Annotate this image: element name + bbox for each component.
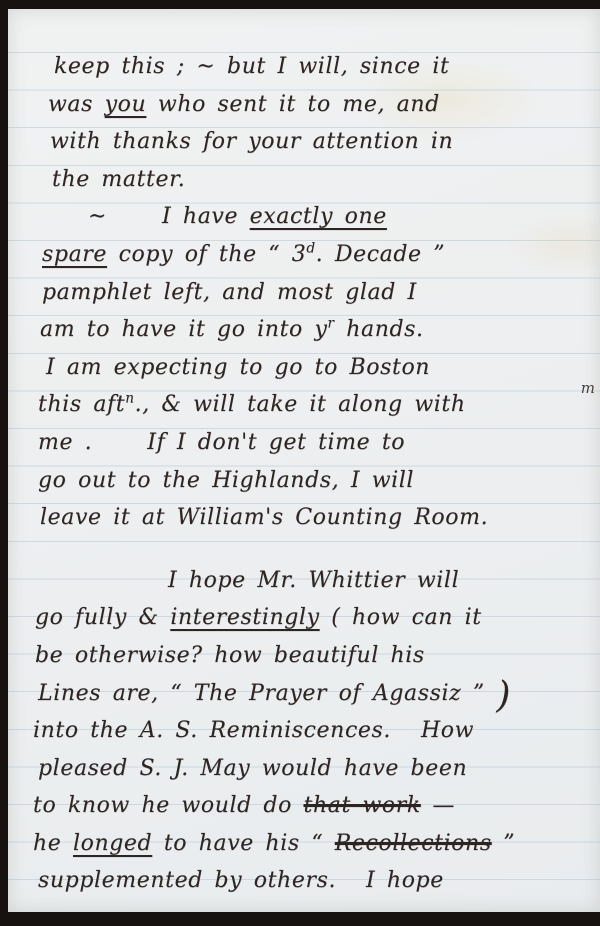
handwriting-segment: was bbox=[48, 92, 105, 117]
handwriting-segment: ( how can it bbox=[320, 605, 482, 630]
handwriting-segment: go out to the Highlands, I will bbox=[38, 468, 414, 493]
handwritten-line: I hope Mr. Whittier will bbox=[8, 562, 600, 600]
handwriting-segment: leave it at William's Counting Room. bbox=[40, 505, 488, 530]
handwriting-segment: you bbox=[105, 92, 147, 117]
handwritten-line: was you who sent it to me, and bbox=[8, 86, 600, 124]
handwritten-line: the matter. bbox=[8, 161, 600, 199]
handwriting-segment: d bbox=[306, 241, 315, 257]
handwriting-segment: go fully & bbox=[35, 605, 170, 630]
margin-note: m bbox=[581, 379, 595, 397]
handwritten-line: go fully & interestingly ( how can it bbox=[8, 599, 600, 637]
handwriting-segment: with thanks for your attention in bbox=[50, 129, 453, 154]
handwriting-segment: spare bbox=[42, 242, 107, 267]
handwriting-segment: to know he would do bbox=[33, 793, 304, 818]
letter-page: keep this ; ~ but I will, since itwas yo… bbox=[8, 9, 600, 912]
handwriting-segment: ) bbox=[496, 675, 511, 716]
handwriting-segment: interestingly bbox=[170, 605, 319, 630]
handwriting-segment: ~ bbox=[88, 204, 107, 229]
handwriting-segment: I hope bbox=[366, 868, 444, 893]
handwriting-segment: longed bbox=[73, 831, 152, 856]
handwriting-segment: ., & will take it along with bbox=[135, 392, 466, 417]
handwritten-line: go out to the Highlands, I will bbox=[8, 462, 600, 500]
handwriting-segment: — bbox=[421, 793, 455, 818]
handwritten-line: me .If I don't get time to bbox=[8, 424, 600, 462]
letter-body: keep this ; ~ but I will, since itwas yo… bbox=[8, 48, 600, 900]
handwriting-segment: he bbox=[33, 831, 73, 856]
handwritten-line: pleased S. J. May would have been bbox=[8, 750, 600, 788]
handwriting-segment: How bbox=[421, 718, 474, 743]
handwriting-segment: pleased S. J. May would have been bbox=[38, 756, 467, 781]
handwriting-segment: Lines are, “ The Prayer of Agassiz ” bbox=[38, 681, 496, 706]
handwriting-segment: . Decade ” bbox=[316, 242, 445, 267]
handwriting-segment: exactly one bbox=[250, 204, 387, 229]
handwriting-segment: be otherwise? how beautiful his bbox=[35, 643, 425, 668]
handwriting-segment: this aft bbox=[38, 392, 125, 417]
handwriting-segment: ” bbox=[492, 831, 515, 856]
handwriting-segment: to have his “ bbox=[152, 831, 335, 856]
handwritten-line: supplemented by others.I hope bbox=[8, 862, 600, 900]
handwritten-line: am to have it go into yr hands. bbox=[8, 311, 600, 349]
handwriting-segment: pamphlet left, and most glad I bbox=[42, 280, 417, 305]
handwritten-line: keep this ; ~ but I will, since it bbox=[8, 48, 600, 86]
handwritten-line: pamphlet left, and most glad I bbox=[8, 274, 600, 312]
scan-background: keep this ; ~ but I will, since itwas yo… bbox=[0, 0, 600, 926]
handwritten-line: to know he would do that work — bbox=[8, 787, 600, 825]
handwriting-segment: keep this ; ~ but I will, since it bbox=[54, 54, 449, 79]
handwriting-segment: hands. bbox=[335, 317, 424, 342]
handwritten-line: this aftn., & will take it along with bbox=[8, 386, 600, 424]
handwriting-segment: Recollections bbox=[335, 831, 492, 856]
handwriting-segment: who sent it to me, and bbox=[146, 92, 440, 117]
handwritten-line: ~I have exactly one bbox=[8, 198, 600, 236]
handwriting-segment: copy of the “ 3 bbox=[107, 242, 306, 267]
handwriting-segment: supplemented by others. bbox=[38, 868, 336, 893]
handwritten-line: I am expecting to go to Boston bbox=[8, 349, 600, 387]
handwriting-segment: I am expecting to go to Boston bbox=[46, 355, 430, 380]
handwriting-segment: that work bbox=[304, 793, 421, 818]
handwriting-segment: me . bbox=[38, 430, 92, 455]
handwriting-segment: n bbox=[125, 391, 134, 407]
handwritten-line: he longed to have his “ Recollections ” bbox=[8, 825, 600, 863]
handwriting-segment: r bbox=[327, 316, 334, 332]
handwritten-line: be otherwise? how beautiful his bbox=[8, 637, 600, 675]
handwriting-segment: into the A. S. Reminiscences. bbox=[33, 718, 391, 743]
handwriting-segment: If I don't get time to bbox=[147, 430, 405, 455]
handwriting-segment: I have bbox=[162, 204, 250, 229]
handwritten-line: Lines are, “ The Prayer of Agassiz ” ) bbox=[8, 675, 600, 713]
handwriting-segment: I hope Mr. Whittier will bbox=[168, 568, 459, 593]
handwriting-segment: the matter. bbox=[52, 167, 185, 192]
handwritten-line: into the A. S. Reminiscences.How bbox=[8, 712, 600, 750]
handwriting-segment: am to have it go into y bbox=[40, 317, 327, 342]
handwritten-line: with thanks for your attention in bbox=[8, 123, 600, 161]
handwritten-line: leave it at William's Counting Room. bbox=[8, 499, 600, 537]
handwritten-line: spare copy of the “ 3d. Decade ” bbox=[8, 236, 600, 274]
